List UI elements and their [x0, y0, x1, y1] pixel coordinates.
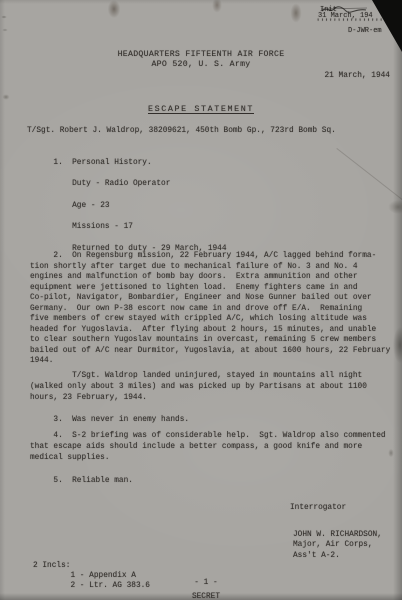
scanned-document-page: Init 31 March, 194 '''''''''''''''''''' … [0, 0, 402, 600]
subject-line: T/Sgt. Robert J. Waldrop, 38209621, 450t… [27, 126, 336, 137]
letter-date: 21 March, 1944 [324, 71, 390, 82]
stamp-ref-code: D-JWR-em [348, 28, 382, 35]
interrogator-label: Interrogator [290, 503, 346, 514]
document-title: ESCAPE STATEMENT [0, 104, 402, 115]
classification-marking: SECRET [178, 592, 234, 600]
letterhead-line1: HEADQUARTERS FIFTEENTH AIR FORCE [0, 50, 402, 60]
personal-history-section: 1. Personal History. Duty - Radio Operat… [30, 158, 395, 254]
paragraph-5: 5. Reliable man. [30, 476, 398, 487]
page-number: - 1 - [178, 578, 234, 589]
paragraph-4: 4. S-2 briefing was of considerable help… [30, 431, 398, 465]
paragraph-3: 3. Was never in enemy hands. [30, 415, 398, 426]
signature-name-block: JOHN W. RICHARDSON, Major, Air Corps, As… [293, 530, 382, 561]
paragraph-2-continued: T/Sgt. Waldrop landed uninjured, stayed … [30, 371, 398, 403]
enclosures-list: 2 Incls: 1 - Appendix A 2 - Ltr. AG 383.… [33, 561, 150, 592]
paragraph-2: 2. On Regensburg mission, 22 February 19… [30, 251, 398, 367]
handwritten-scribble [320, 1, 368, 19]
letterhead-line2: APO 520, U. S. Army [0, 60, 402, 70]
